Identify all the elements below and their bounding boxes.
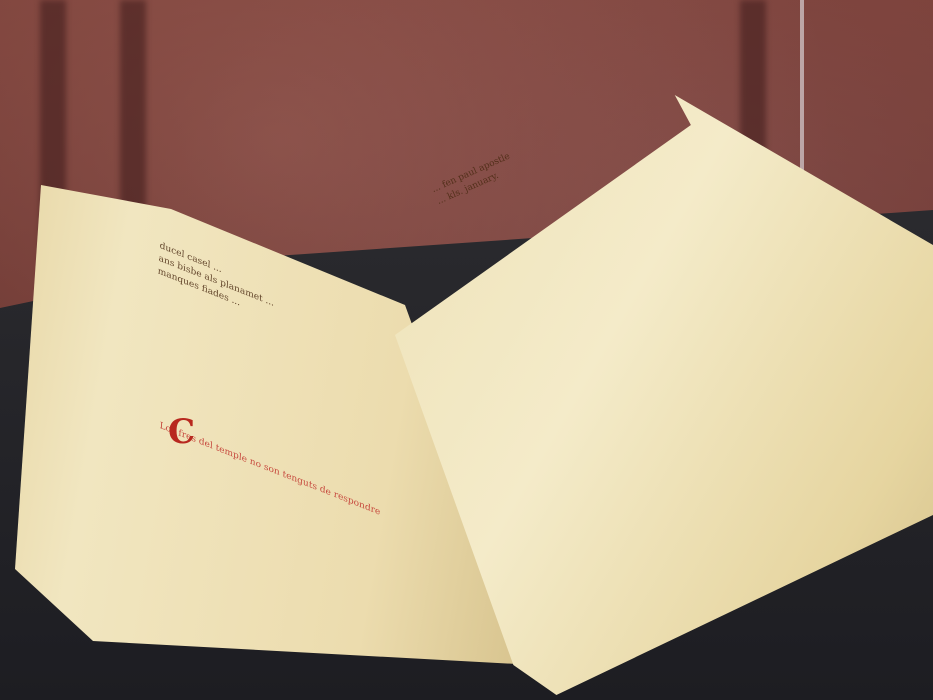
illuminated-initial: C [168, 412, 195, 452]
photo-scene: ducel casel ... ans bisbe als planamet .… [0, 0, 933, 700]
